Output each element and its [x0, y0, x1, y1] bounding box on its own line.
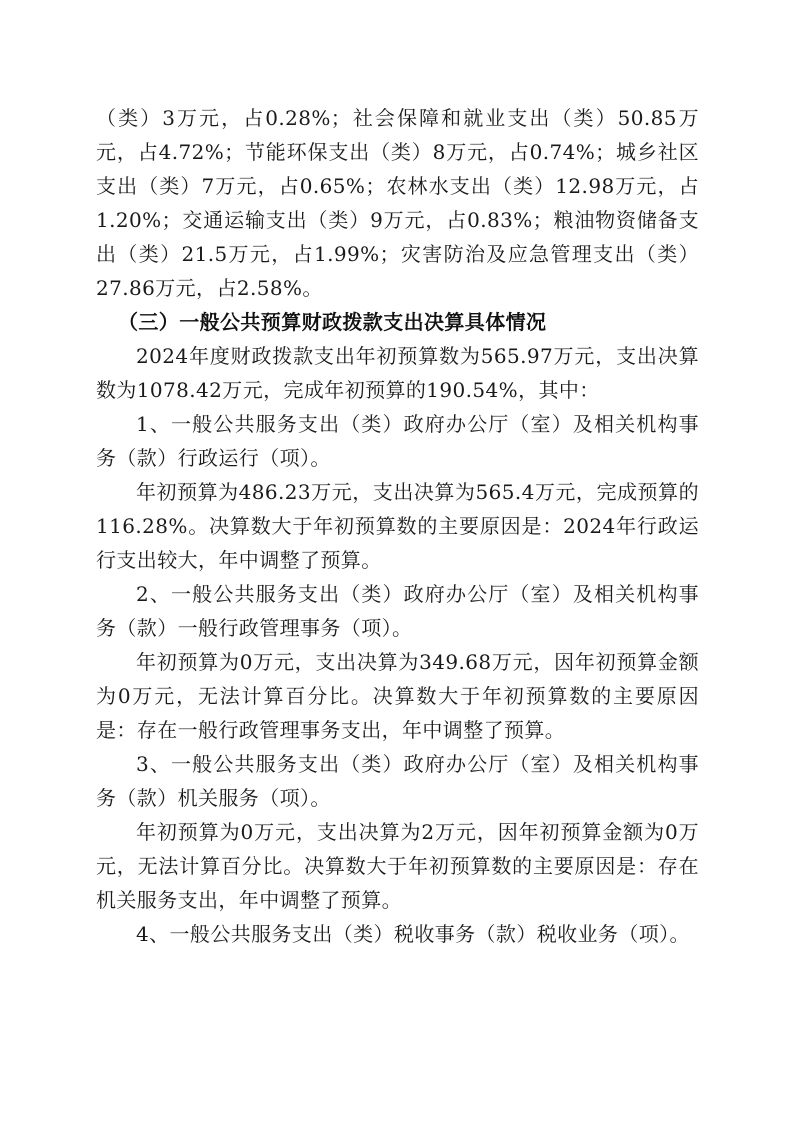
item-1-title: 1、一般公共服务支出（类）政府办公厅（室）及相关机构事务（款）行政运行（项）。 [96, 407, 699, 475]
item-4-title: 4、一般公共服务支出（类）税收事务（款）税收业务（项）。 [96, 917, 699, 951]
item-3-detail: 年初预算为0万元，支出决算为2万元，因年初预算金额为0万元，无法计算百分比。决算… [96, 815, 699, 917]
expenditure-breakdown-paragraph: （类）3万元，占0.28%；社会保障和就业支出（类）50.85万元，占4.72%… [96, 101, 699, 305]
item-2-detail: 年初预算为0万元，支出决算为349.68万元，因年初预算金额为0万元，无法计算百… [96, 645, 699, 747]
section-heading: （三）一般公共预算财政拨款支出决算具体情况 [96, 305, 699, 339]
item-3-title: 3、一般公共服务支出（类）政府办公厅（室）及相关机构事务（款）机关服务（项）。 [96, 747, 699, 815]
summary-paragraph: 2024年度财政拨款支出年初预算数为565.97万元，支出决算数为1078.42… [96, 339, 699, 407]
item-2-title: 2、一般公共服务支出（类）政府办公厅（室）及相关机构事务（款）一般行政管理事务（… [96, 577, 699, 645]
item-1-detail: 年初预算为486.23万元，支出决算为565.4万元，完成预算的116.28%。… [96, 475, 699, 577]
document-page: （类）3万元，占0.28%；社会保障和就业支出（类）50.85万元，占4.72%… [96, 101, 699, 951]
